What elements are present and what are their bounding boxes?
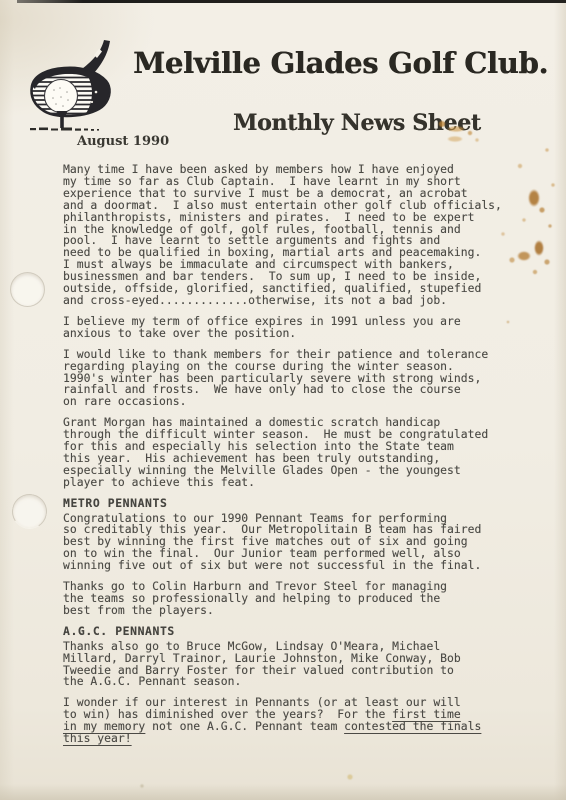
text-line: best from the players.: [63, 605, 538, 617]
issue-date: August 1990: [77, 134, 169, 149]
text-line: the A.G.C. Pennant season.: [63, 676, 538, 688]
punch-hole: [10, 272, 45, 307]
paragraph: Many time I have been asked by members h…: [63, 164, 538, 307]
paragraph: I believe my term of office expires in 1…: [63, 316, 538, 340]
section-heading: METRO PENNANTS: [63, 498, 538, 510]
punch-hole: [9, 491, 51, 533]
text-line: in my memory not one A.G.C. Pennant team…: [63, 721, 538, 733]
newsletter-subtitle: Monthly News Sheet: [233, 110, 481, 136]
club-name-title: Melville Glades Golf Club.: [133, 46, 548, 80]
paragraph: I would like to thank members for their …: [63, 349, 538, 409]
section-heading: A.G.C. PENNANTS: [63, 626, 538, 638]
newsletter-body: Many time I have been asked by members h…: [63, 164, 538, 754]
paragraph: Thanks also go to Bruce McGow, Lindsay O…: [63, 641, 538, 689]
paragraph: Grant Morgan has maintained a domestic s…: [63, 417, 538, 488]
paragraph: Thanks go to Colin Harburn and Trevor St…: [63, 581, 538, 617]
paragraph: I wonder if our interest in Pennants (or…: [63, 697, 538, 745]
text-line: winning five out of six but were not suc…: [63, 560, 538, 572]
paragraph: Congratulations to our 1990 Pennant Team…: [63, 513, 538, 573]
text-line: this year!: [63, 733, 538, 745]
text-line: and cross-eyed.............otherwise, it…: [63, 295, 538, 307]
text-line: anxious to take over the position.: [63, 328, 538, 340]
scan-edge-artifact: [17, 0, 566, 3]
text-line: on rare occasions.: [63, 396, 538, 408]
golf-club-logo-icon: [24, 40, 128, 142]
text-line: player to achieve this feat.: [63, 477, 538, 489]
scanned-newsletter-page: Melville Glades Golf Club. Monthly News …: [0, 0, 566, 800]
